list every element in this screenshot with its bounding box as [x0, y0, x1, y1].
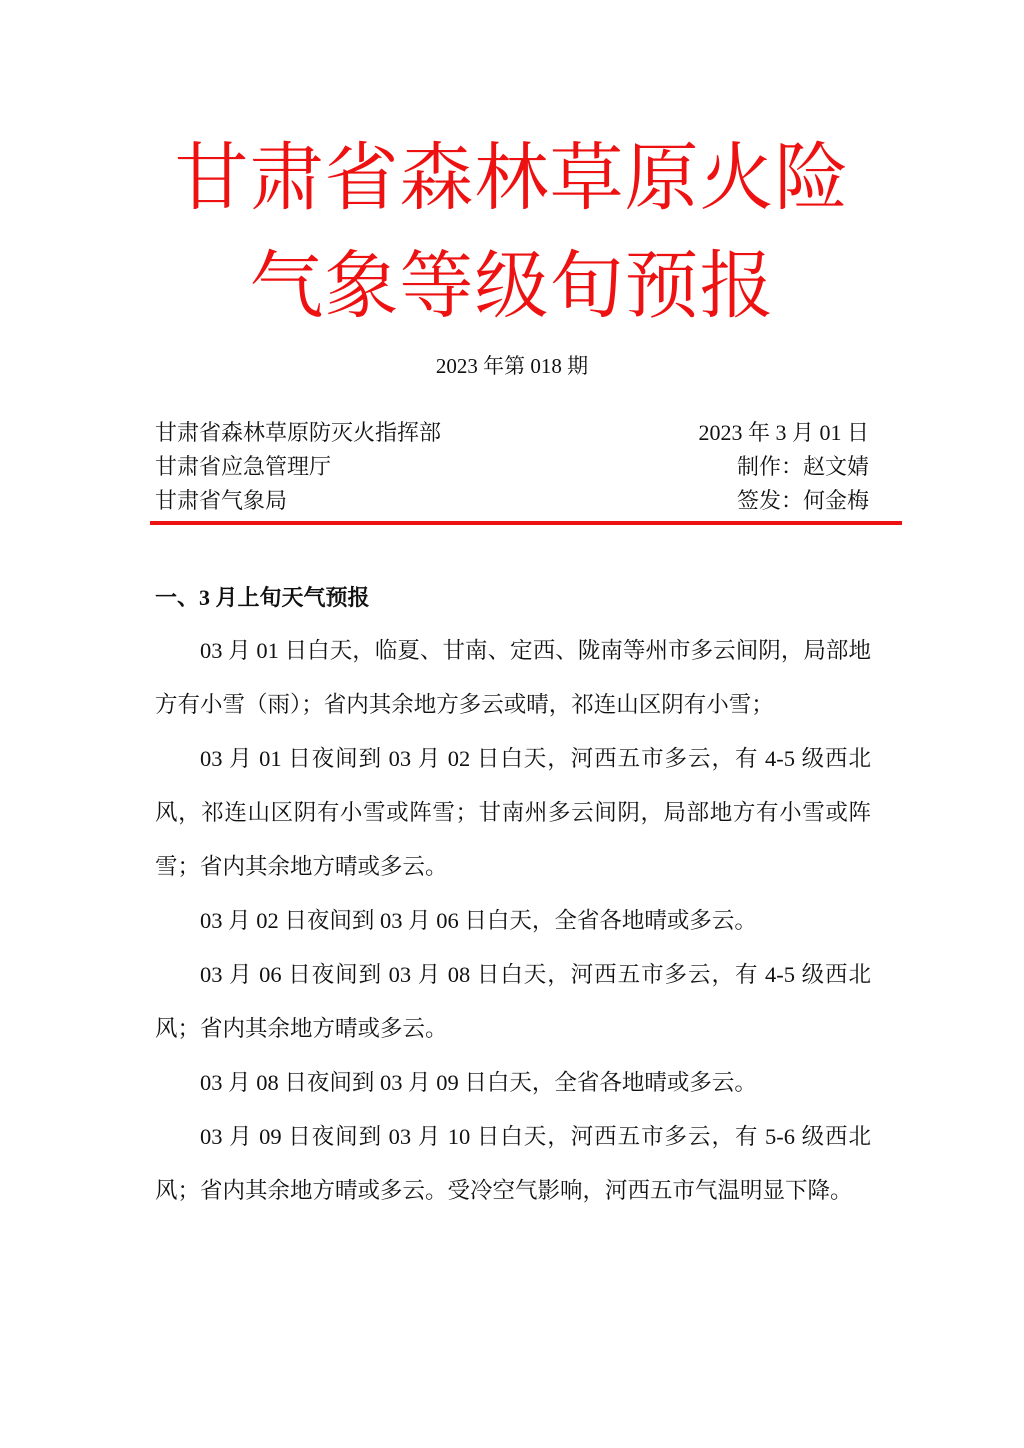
meta-row: 甘肃省气象局 签发：何金梅	[155, 486, 869, 516]
forecast-paragraph: 03 月 09 日夜间到 03 月 10 日白天，河西五市多云，有 5-6 级西…	[155, 1110, 871, 1218]
forecast-paragraph: 03 月 06 日夜间到 03 月 08 日白天，河西五市多云，有 4-5 级西…	[155, 948, 871, 1056]
document-page: 甘肃省森林草原火险 气象等级旬预报 2023 年第 018 期 甘肃省森林草原防…	[0, 0, 1024, 1448]
red-divider-rule	[150, 521, 902, 525]
issuer-emergency-dept: 甘肃省应急管理厅	[155, 452, 331, 482]
issuer-fire-command: 甘肃省森林草原防灭火指挥部	[155, 418, 441, 448]
issue-date: 2023 年 3 月 01 日	[698, 418, 869, 448]
issue-number: 2023 年第 018 期	[0, 352, 1024, 380]
document-title-line-1: 甘肃省森林草原火险	[0, 138, 1024, 218]
producer: 制作：赵文婧	[737, 452, 869, 482]
forecast-paragraph: 03 月 01 日夜间到 03 月 02 日白天，河西五市多云，有 4-5 级西…	[155, 732, 871, 894]
section-heading-weather-forecast: 一、3 月上旬天气预报	[155, 583, 370, 613]
forecast-paragraph: 03 月 01 日白天，临夏、甘南、定西、陇南等州市多云间阴，局部地方有小雪（雨…	[155, 624, 871, 732]
forecast-body: 03 月 01 日白天，临夏、甘南、定西、陇南等州市多云间阴，局部地方有小雪（雨…	[155, 624, 871, 1218]
forecast-paragraph: 03 月 02 日夜间到 03 月 06 日白天，全省各地晴或多云。	[155, 894, 871, 948]
signer: 签发：何金梅	[737, 486, 869, 516]
document-title-line-2: 气象等级旬预报	[0, 246, 1024, 326]
issuer-meteorological-bureau: 甘肃省气象局	[155, 486, 287, 516]
meta-row: 甘肃省应急管理厅 制作：赵文婧	[155, 452, 869, 482]
meta-row: 甘肃省森林草原防灭火指挥部 2023 年 3 月 01 日	[155, 418, 869, 448]
forecast-paragraph: 03 月 08 日夜间到 03 月 09 日白天，全省各地晴或多云。	[155, 1056, 871, 1110]
